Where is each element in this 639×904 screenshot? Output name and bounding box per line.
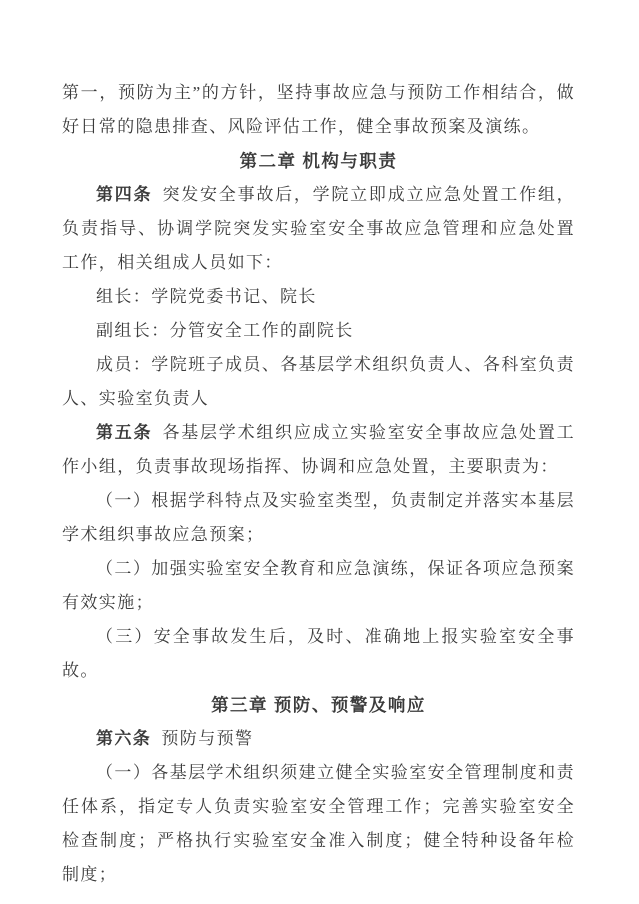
chapter-heading-3: 第三章 预防、预警及响应 xyxy=(62,688,575,722)
paragraph-item-3: （三）安全事故发生后，及时、准确地上报实验室安全事故。 xyxy=(62,620,575,688)
paragraph-item-4: （一）各基层学术组织须建立健全实验室安全管理制度和责任体系，指定专人负责实验室安… xyxy=(62,756,575,892)
document-body: 第一，预防为主”的方针，坚持事故应急与预防工作相结合，做好日常的隐患排查、风险评… xyxy=(62,76,575,892)
page-number: 3 xyxy=(0,836,639,851)
paragraph-group-leader: 组长：学院党委书记、院长 xyxy=(62,280,575,314)
article-4-number: 第四条 xyxy=(96,185,152,204)
article-5-number: 第五条 xyxy=(96,423,152,442)
paragraph-deputy-leader: 副组长：分管安全工作的副院长 xyxy=(62,314,575,348)
paragraph-members: 成员：学院班子成员、各基层学术组织负责人、各科室负责人、实验室负责人 xyxy=(62,348,575,416)
paragraph-item-2: （二）加强实验室安全教育和应急演练，保证各项应急预案有效实施； xyxy=(62,552,575,620)
paragraph-continuation: 第一，预防为主”的方针，坚持事故应急与预防工作相结合，做好日常的隐患排查、风险评… xyxy=(62,76,575,144)
paragraph-item-1: （一）根据学科特点及实验室类型，负责制定并落实本基层学术组织事故应急预案； xyxy=(62,484,575,552)
article-4-paragraph: 第四条突发安全事故后，学院立即成立应急处置工作组，负责指导、协调学院突发实验室安… xyxy=(62,178,575,280)
article-6-text: 预防与预警 xyxy=(161,729,253,748)
article-6-number: 第六条 xyxy=(96,729,151,748)
document-page: { "page": { "background_color": "#ffffff… xyxy=(0,0,639,904)
article-6-paragraph: 第六条预防与预警 xyxy=(62,722,575,756)
chapter-heading-2: 第二章 机构与职责 xyxy=(62,144,575,178)
article-5-paragraph: 第五条各基层学术组织应成立实验室安全事故应急处置工作小组，负责事故现场指挥、协调… xyxy=(62,416,575,484)
